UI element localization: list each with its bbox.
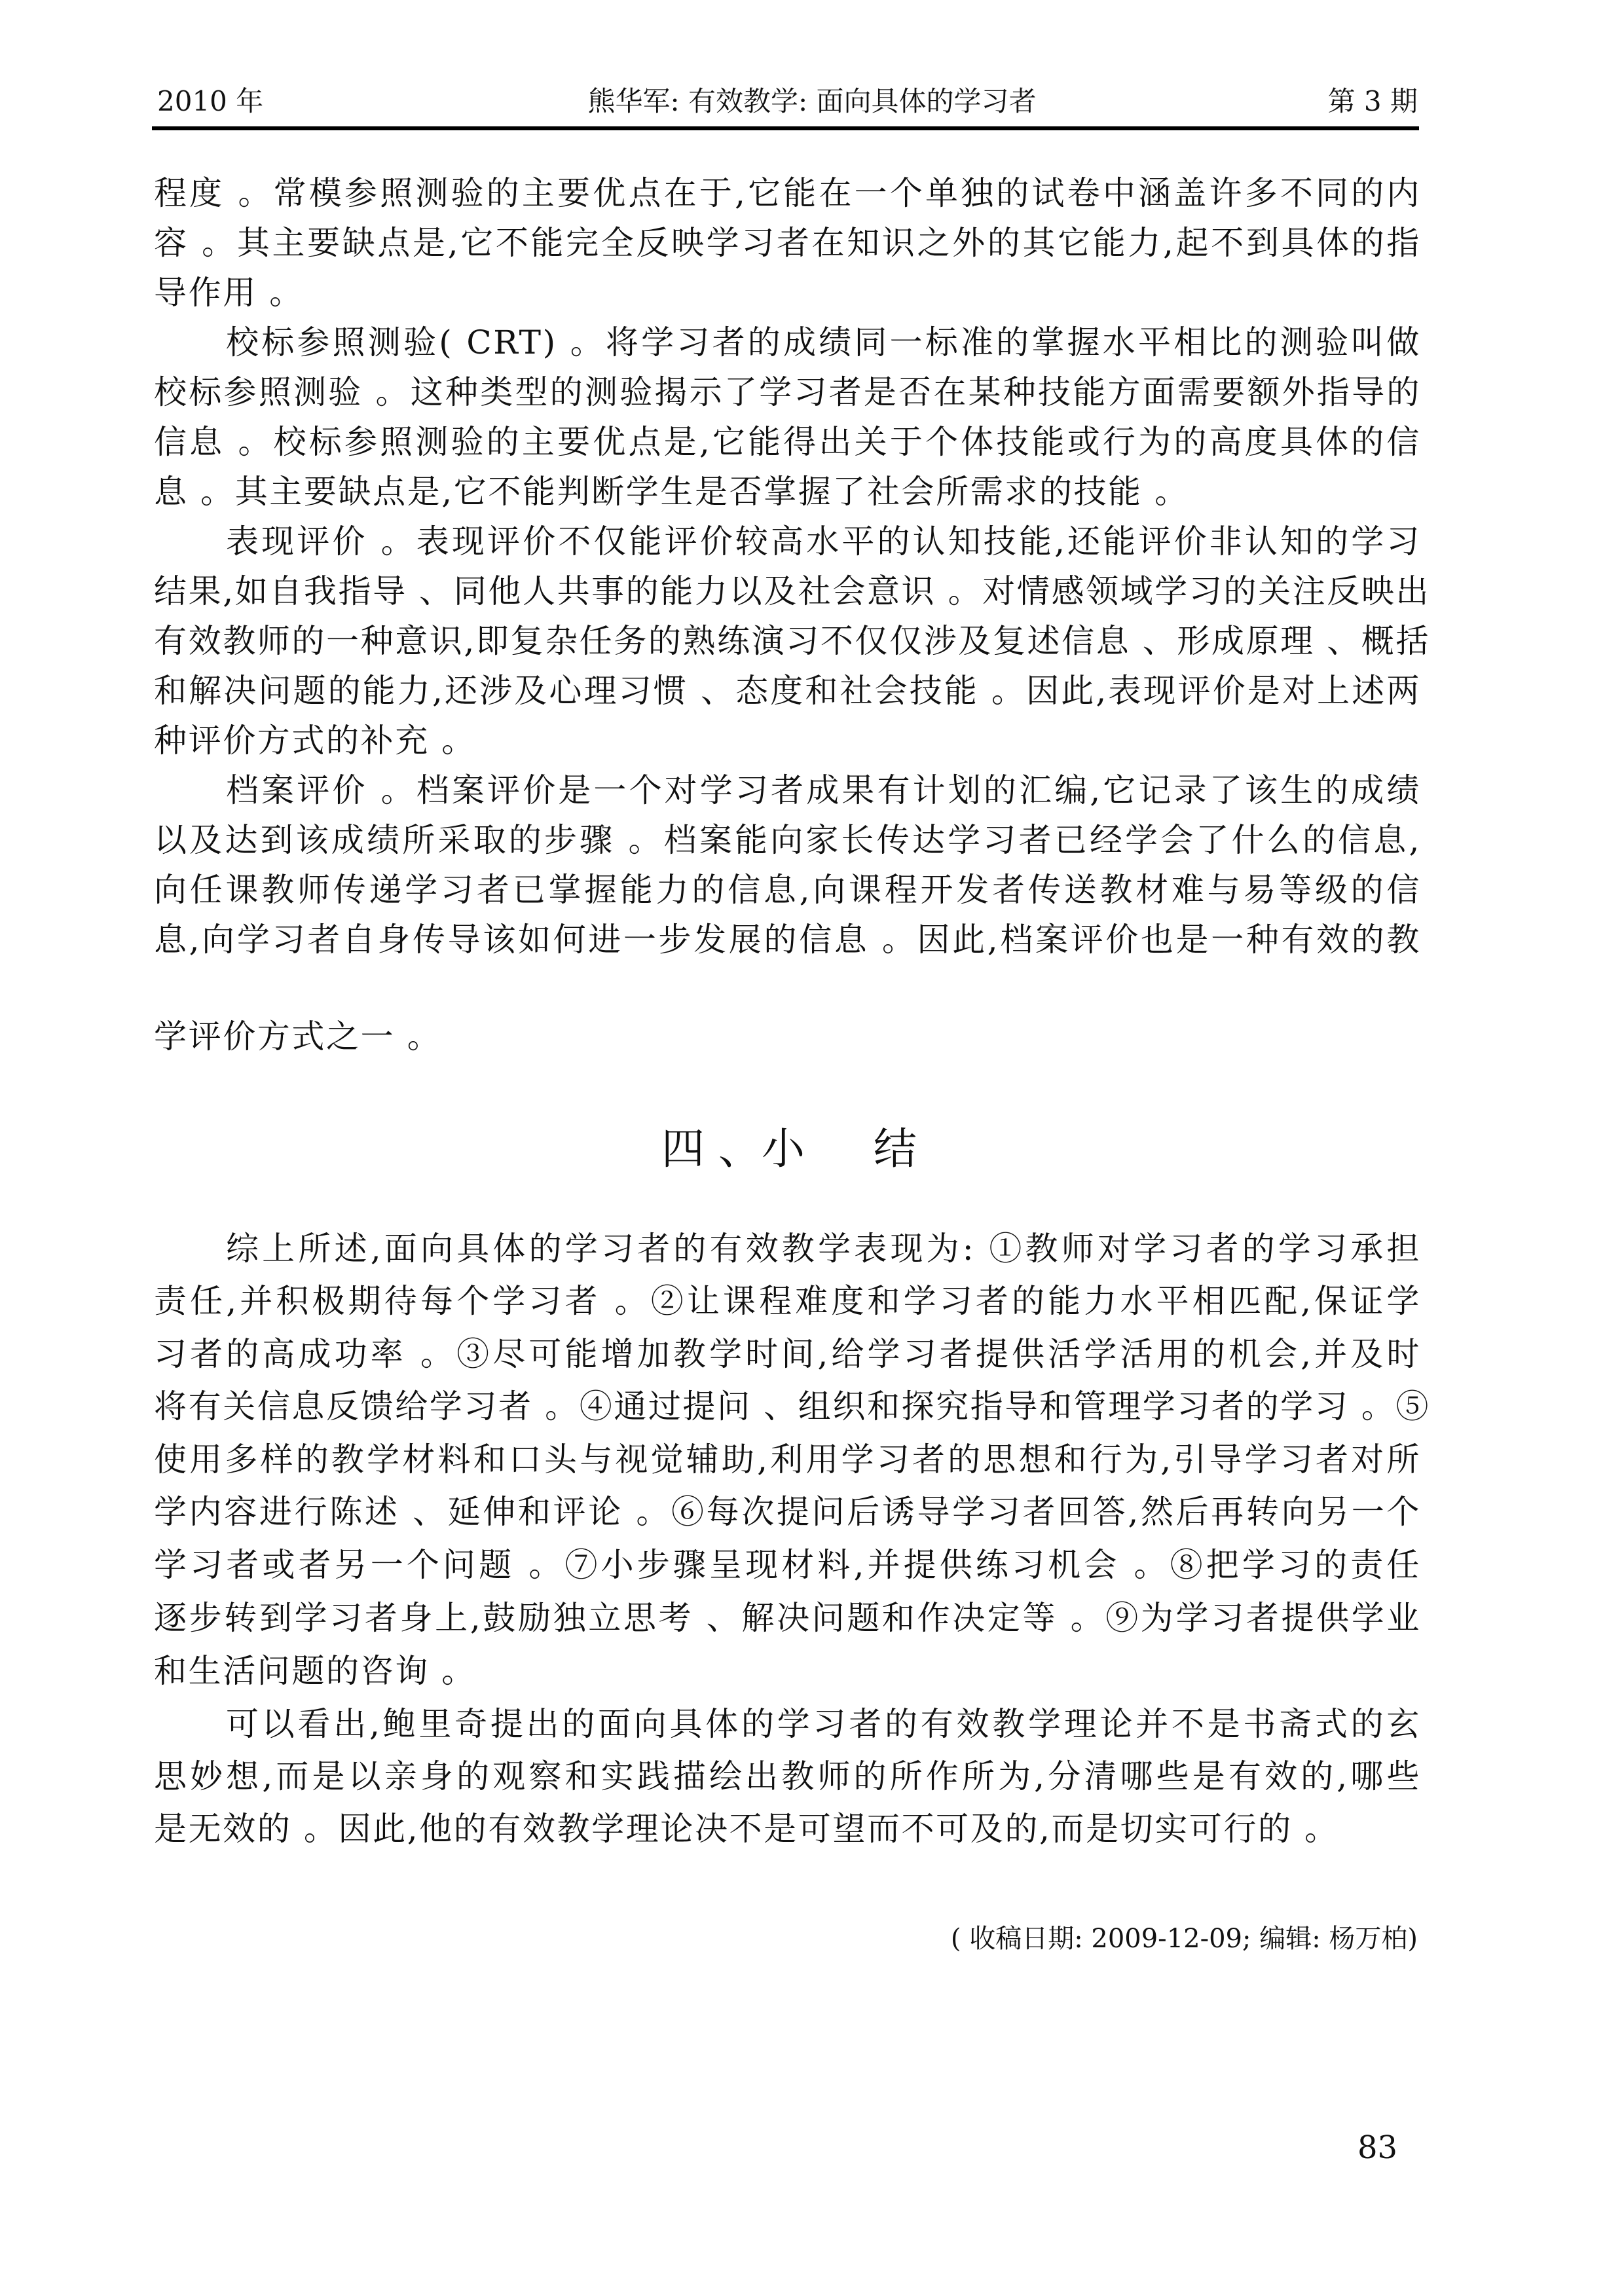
section-heading: 四 、小 结 [661,1123,917,1175]
text-line: 校标参照测验( CRT) 。将学习者的成绩同一标准的掌握水平相比的测验叫做 [154,318,1421,367]
text-line: 向任课教师传递学习者已掌握能力的信息,向课程开发者传送教材难与易等级的信 [154,865,1421,915]
text-line: 容 。其主要缺点是,它不能完全反映学习者在知识之外的其它能力,起不到具体的指 [154,218,1421,268]
text-line: 思妙想,而是以亲身的观察和实践描绘出教师的所作所为,分清哪些是有效的,哪些 [154,1752,1421,1801]
text-line: 信息 。校标参照测验的主要优点是,它能得出关于个体技能或行为的高度具体的信 [154,417,1421,467]
text-line: 种评价方式的补充 。 [154,716,1421,765]
text-line: 综上所述,面向具体的学习者的有效教学表现为: ①教师对学习者的学习承担 [154,1224,1421,1274]
received-date-note: ( 收稿日期: 2009-12-09; 编辑: 杨万柏) [951,1922,1418,1956]
text-line: 有效教师的一种意识,即复杂任务的熟练演习不仅仅涉及复述信息 、形成原理 、概括 [154,616,1421,666]
text-line: 习者的高成功率 。③尽可能增加教学时间,给学习者提供活学活用的机会,并及时 [154,1329,1421,1379]
text-line: 学习者或者另一个问题 。⑦小步骤呈现材料,并提供练习机会 。⑧把学习的责任 [154,1540,1421,1590]
text-line: 和解决问题的能力,还涉及心理习惯 、态度和社会技能 。因此,表现评价是对上述两 [154,666,1421,716]
text-line: 校标参照测验 。这种类型的测验揭示了学习者是否在某种技能方面需要额外指导的 [154,367,1421,417]
text-line: 学内容进行陈述 、延伸和评论 。⑥每次提问后诱导学习者回答,然后再转向另一个 [154,1487,1421,1537]
text-line: 逐步转到学习者身上,鼓励独立思考 、解决问题和作决定等 。⑨为学习者提供学业 [154,1593,1421,1643]
page-number: 83 [1357,2129,1397,2166]
text-line: 学评价方式之一 。 [154,1012,1421,1061]
text-line: 是无效的 。因此,他的有效教学理论决不是可望而不可及的,而是切实可行的 。 [154,1804,1421,1854]
text-line: 档案评价 。档案评价是一个对学习者成果有计划的汇编,它记录了该生的成绩 [154,765,1421,815]
text-line: 使用多样的教学材料和口头与视觉辅助,利用学习者的思想和行为,引导学习者对所 [154,1435,1421,1484]
text-line: 息 。其主要缺点是,它不能判断学生是否掌握了社会所需求的技能 。 [154,467,1421,517]
text-line: 可以看出,鲍里奇提出的面向具体的学习者的有效教学理论并不是书斋式的玄 [154,1699,1421,1749]
text-line: 将有关信息反馈给学习者 。④通过提问 、组织和探究指导和管理学习者的学习 。⑤ [154,1382,1421,1431]
text-line: 结果,如自我指导 、同他人共事的能力以及社会意识 。对情感领域学习的关注反映出 [154,566,1421,616]
header-issue: 第 3 期 [1328,84,1418,119]
text-line: 以及达到该成绩所采取的步骤 。档案能向家长传达学习者已经学会了什么的信息, [154,815,1421,865]
text-line: 责任,并积极期待每个学习者 。②让课程难度和学习者的能力水平相匹配,保证学 [154,1276,1421,1326]
text-line: 导作用 。 [154,268,1421,318]
text-line: 和生活问题的咨询 。 [154,1646,1421,1696]
header-rule [152,126,1419,130]
text-line: 程度 。常模参照测验的主要优点在于,它能在一个单独的试卷中涵盖许多不同的内 [154,168,1421,218]
text-line: 表现评价 。表现评价不仅能评价较高水平的认知技能,还能评价非认知的学习 [154,517,1421,566]
text-line: 息,向学习者自身传导该如何进一步发展的信息 。因此,档案评价也是一种有效的教 [154,915,1421,964]
